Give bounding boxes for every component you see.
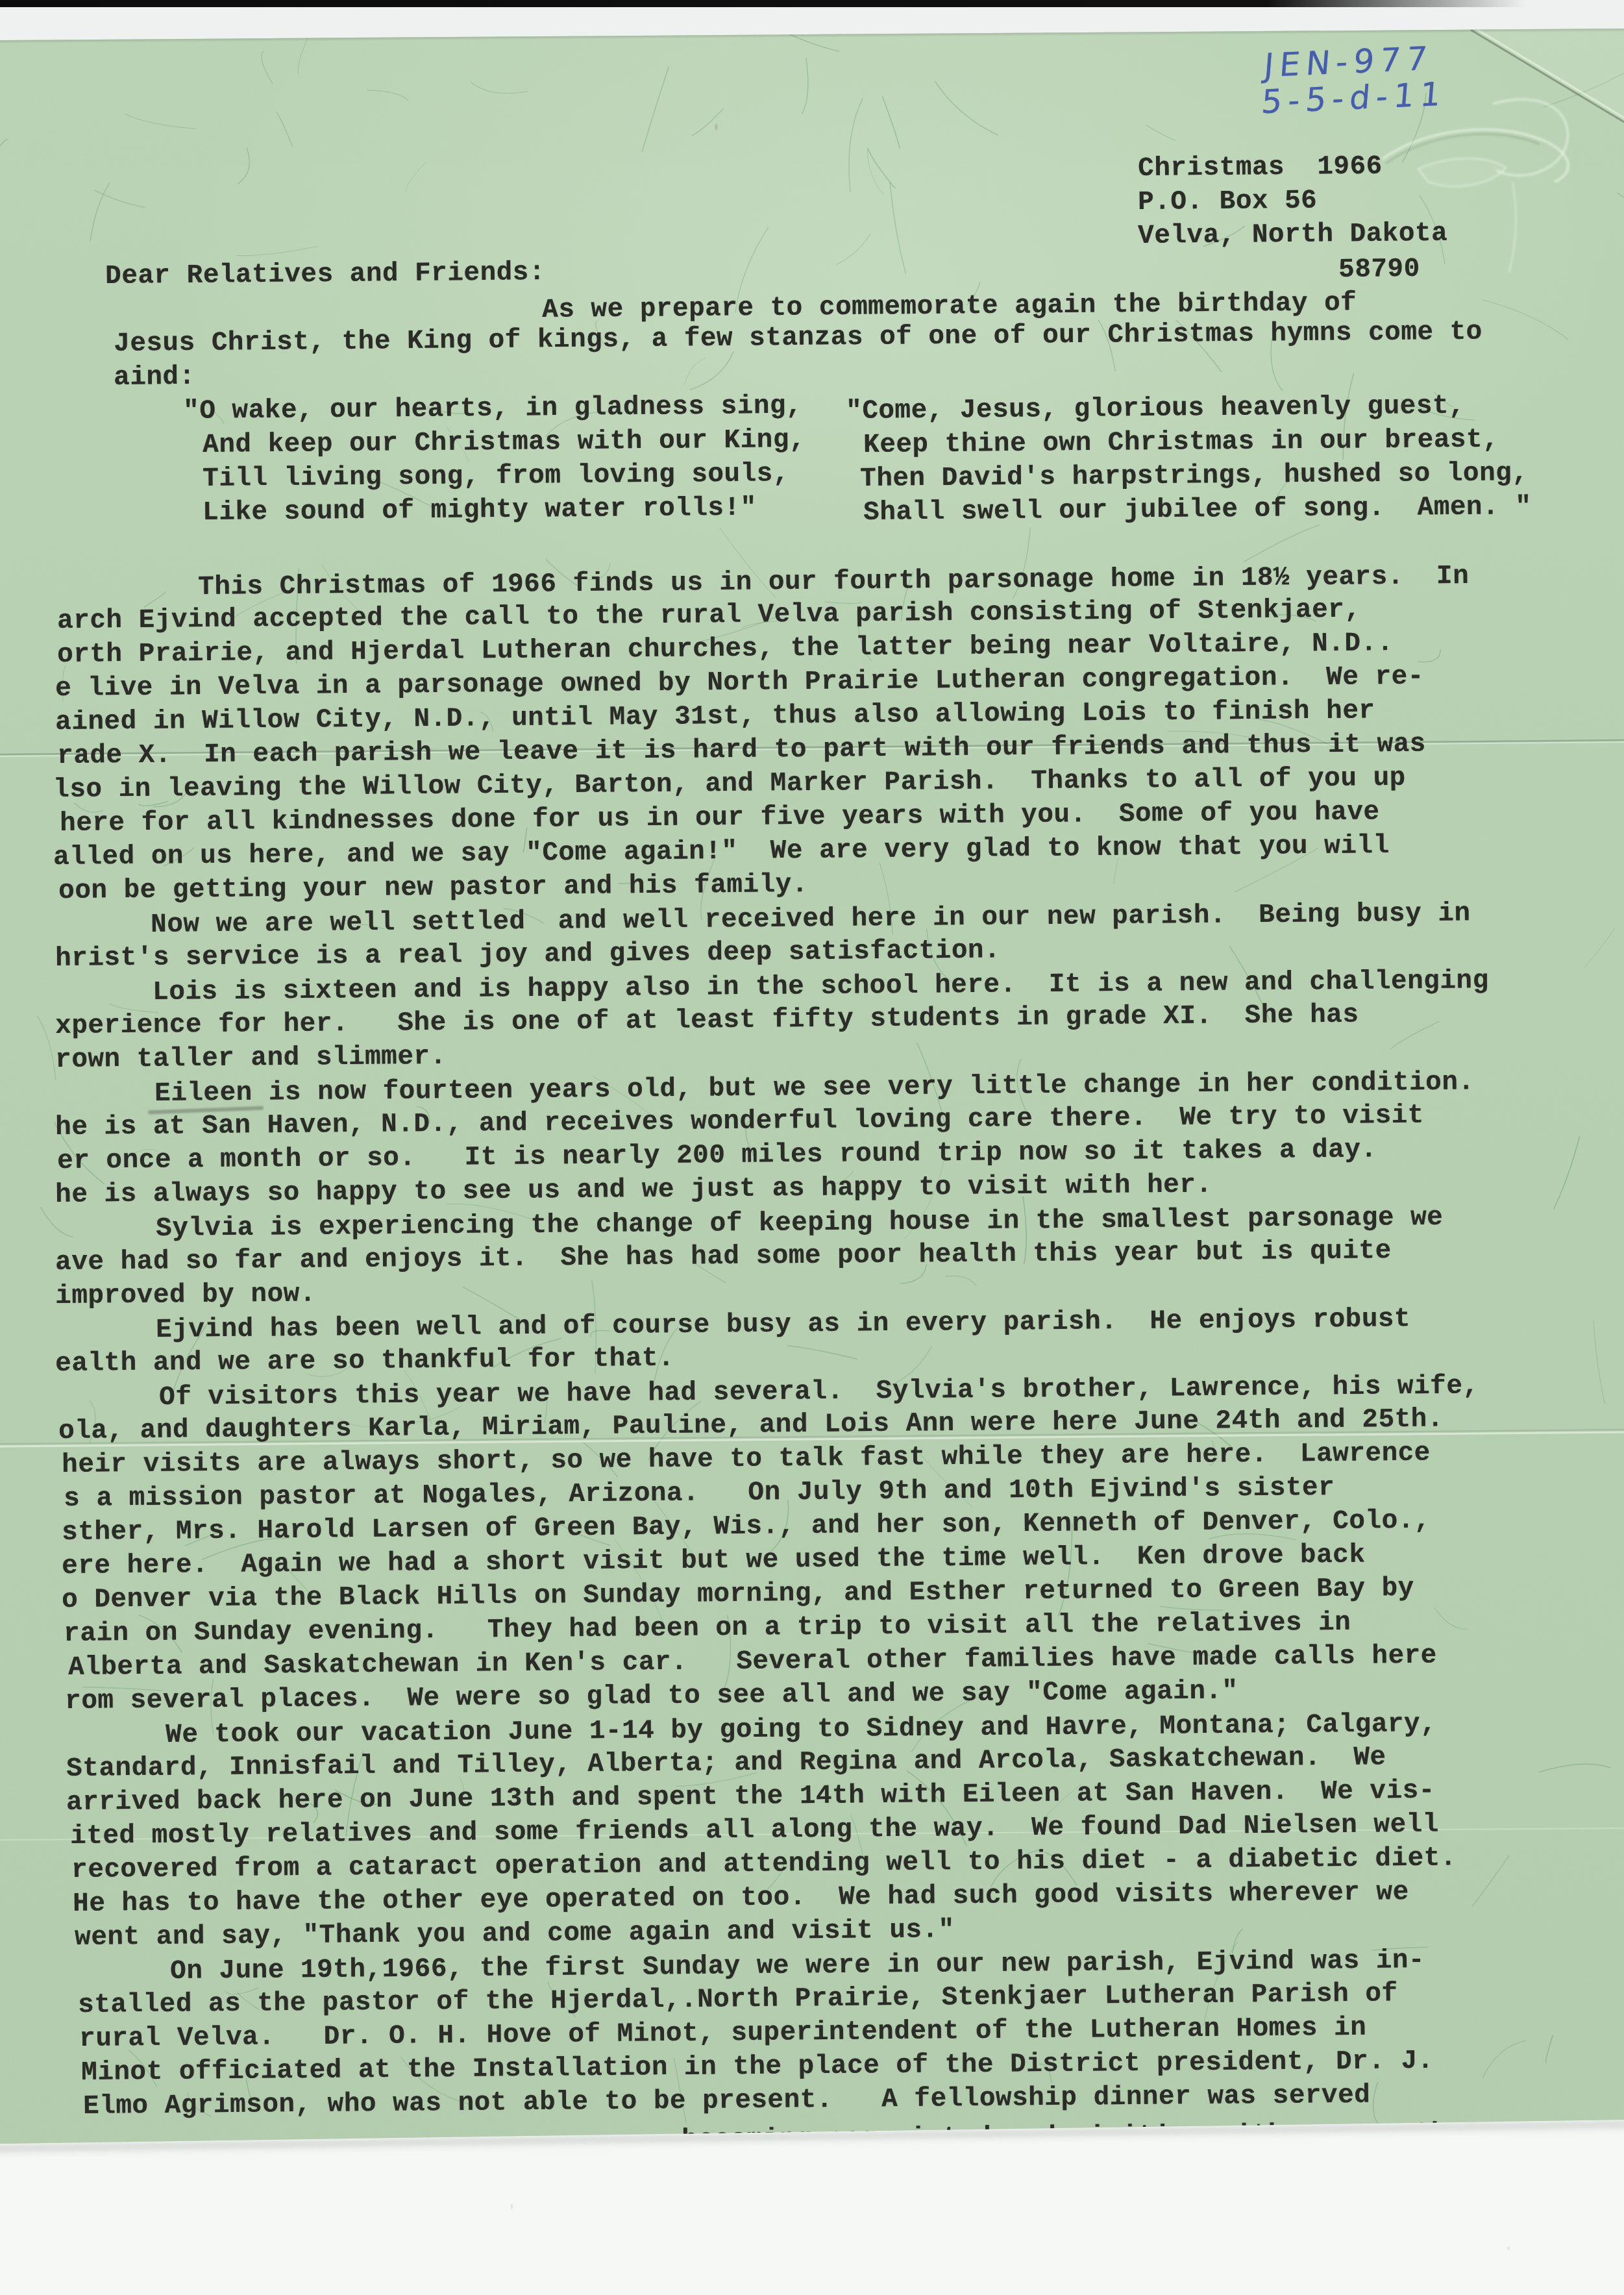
typed-line-12: Like sound of mighty water rolls!" [203, 493, 757, 528]
typed-line-10: And keep our Christmas with our King, [203, 425, 806, 461]
typed-line-40: ealth and we are so thankful for that. [55, 1344, 674, 1380]
typed-line-4: 58790 [1338, 254, 1420, 286]
typed-line-1: Christmas 1966 [1138, 152, 1383, 184]
scan-edge-strip [0, 0, 1624, 7]
green-paper-sheet: Christmas 1966P.O. Box 56Velva, North Da… [0, 0, 1624, 2295]
typed-line-16: Shall swell our jubilee of song. Amen. " [863, 492, 1532, 528]
typed-line-38: improved by now. [55, 1279, 316, 1312]
dust-speck [511, 2204, 513, 2209]
typed-line-31: rown taller and slimmer. [55, 1042, 447, 1076]
typed-line-5: Dear Relatives and Friends: [105, 258, 545, 292]
typed-line-9: "O wake, our hearts, in gladness sing, [183, 391, 802, 427]
typed-line-3: Velva, North Dakota [1138, 219, 1447, 252]
scanned-letter-page: Christmas 1966P.O. Box 56Velva, North Da… [0, 0, 1624, 2295]
typed-line-11: Till living song, from loving souls, [203, 459, 789, 495]
dust-speck [715, 123, 718, 130]
typed-line-13: "Come, Jesus, glorious heavenly guest, [846, 391, 1465, 427]
typed-line-14: Keep thine own Christmas in our breast, [863, 425, 1499, 461]
typed-line-26: oon be getting your new pastor and his f… [58, 870, 808, 907]
typed-line-15: Then David's harpstrings, hushed so long… [860, 458, 1529, 495]
typed-line-2: P.O. Box 56 [1138, 186, 1318, 218]
typed-line-8: aind: [114, 362, 195, 393]
dust-speck [1507, 2246, 1510, 2250]
